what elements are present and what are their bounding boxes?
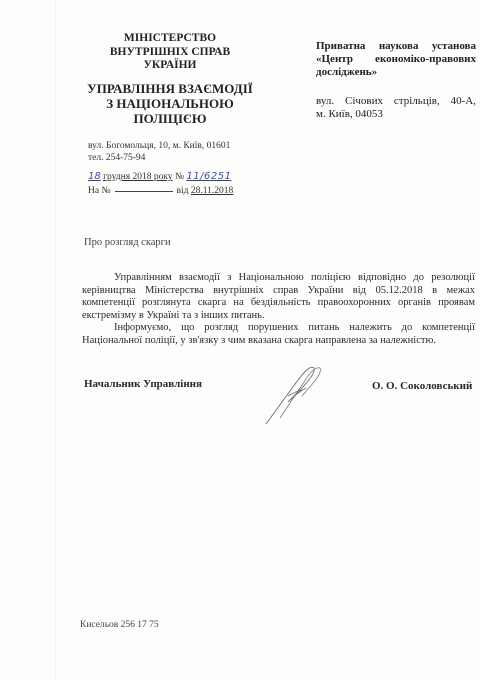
registration-line: 18 грудня 2018 року № 11/6251 — [88, 171, 231, 182]
recipient-name-line: «Центр економіко-правових — [316, 53, 476, 66]
letter-page: МІНІСТЕРСТВО ВНУТРІШНІХ СПРАВ УКРАЇНИ УП… — [0, 0, 480, 680]
recipient-address-line: м. Київ, 04053 — [316, 108, 476, 121]
registration-month-year: грудня 2018 року — [103, 172, 172, 182]
ministry-name: МІНІСТЕРСТВО ВНУТРІШНІХ СПРАВ УКРАЇНИ — [60, 32, 280, 73]
recipient-block: Приватна наукова установа «Центр економі… — [316, 40, 476, 121]
ministry-line: УКРАЇНИ — [60, 59, 280, 73]
reference-label: На № — [88, 186, 111, 196]
registration-day: 18 — [88, 171, 101, 182]
registration-number-label: № — [175, 172, 184, 182]
recipient-address-line: вул. Січових стрільців, 40-А, — [316, 95, 476, 108]
department-line: З НАЦІОНАЛЬНОЮ — [60, 96, 280, 111]
letter-subject: Про розгляд скарги — [84, 237, 171, 248]
reference-line: На №від 28.11.2018 — [88, 186, 233, 196]
recipient-name-line: Приватна наукова установа — [316, 40, 476, 53]
recipient-name: Приватна наукова установа «Центр економі… — [316, 40, 476, 79]
sender-contacts: вул. Богомольця, 10, м. Київ, 01601 тел.… — [88, 141, 230, 164]
reference-date: 28.11.2018 — [191, 186, 233, 196]
ministry-line: МІНІСТЕРСТВО — [60, 32, 280, 46]
registration-number: 11/6251 — [186, 171, 231, 182]
sender-letterhead: МІНІСТЕРСТВО ВНУТРІШНІХ СПРАВ УКРАЇНИ УП… — [60, 32, 280, 126]
department-name: УПРАВЛІННЯ ВЗАЄМОДІЇ З НАЦІОНАЛЬНОЮ ПОЛІ… — [60, 81, 280, 126]
reference-blank — [115, 191, 173, 192]
signatory-title: Начальник Управління — [84, 378, 202, 390]
letter-body: Управлінням взаємодії з Національною пол… — [82, 272, 475, 347]
scan-edge-shadow — [55, 0, 56, 680]
signatory-name: О. О. Соколовський — [372, 380, 472, 392]
recipient-address: вул. Січових стрільців, 40-А, м. Київ, 0… — [316, 95, 476, 121]
sender-address: вул. Богомольця, 10, м. Київ, 01601 — [88, 141, 230, 153]
reference-from-label: від — [177, 186, 189, 196]
executor-info: Кисельов 256 17 75 — [80, 620, 159, 630]
ministry-line: ВНУТРІШНІХ СПРАВ — [60, 46, 280, 60]
handwritten-signature-icon — [258, 362, 328, 432]
recipient-name-line: досліджень» — [316, 66, 476, 79]
body-paragraph: Управлінням взаємодії з Національною пол… — [82, 272, 475, 322]
department-line: ПОЛІЦІЄЮ — [60, 111, 280, 126]
sender-phone: тел. 254-75-94 — [88, 153, 230, 165]
department-line: УПРАВЛІННЯ ВЗАЄМОДІЇ — [60, 81, 280, 96]
body-paragraph: Інформуємо, що розгляд порушених питань … — [82, 322, 475, 347]
